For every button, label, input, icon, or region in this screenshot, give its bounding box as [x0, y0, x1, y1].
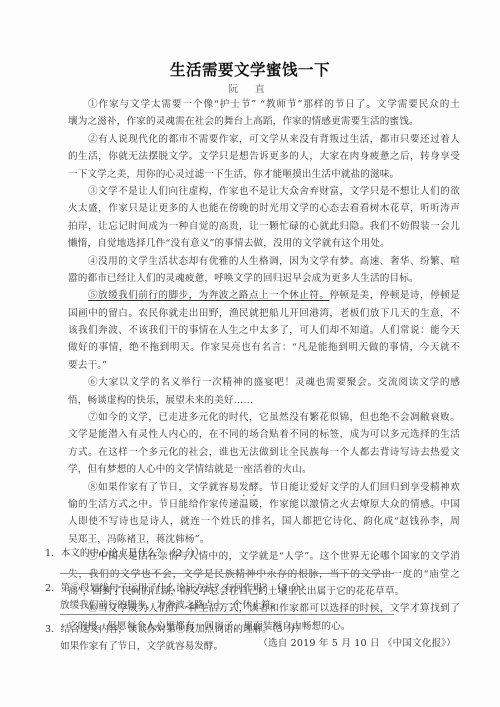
paragraph-8: ⑧如果作家有了节日，文学就容易发酵。节日能让爱好文学的人们回归到享受精神欢 愉的… — [68, 479, 460, 549]
article-title: 生活需要文学蜜饯一下 — [0, 58, 500, 80]
paragraph-4: ④没用的文学生活状态却有优雅的人生格调，因为文学有梦。高速、奢华、纷繁、喧 嚣的… — [68, 253, 460, 288]
text-line: ③文学不是让人们向往虚构，作家也不是让大众舍弃财富，文学只是不想让人们的欲 — [68, 183, 460, 200]
question-3: 3．结合选文内容，谈谈你对第⑧段加点词语的理解。（3 分） — [45, 621, 305, 635]
text-line: ④没用的文学生活状态却有优雅的人生格调，因为文学有梦。高速、奢华、纷繁、喧 — [68, 253, 460, 270]
text-span: ⑧如果作家有了节日，文学就容易 — [88, 482, 239, 493]
text-line: ⑤放缓我们前行的脚步，为奔波之路点上一个休止符。停顿是美，停顿是诗，停顿是 — [68, 287, 460, 304]
text-line: 一下文学之美，用你的心灵过滤一下生活，你才能咂摸出生活中就盐的滋味。 — [68, 166, 460, 183]
paragraph-5: ⑤放缓我们前行的脚步，为奔波之路点上一个休止符。停顿是美，停顿是诗，停顿是 国画… — [68, 287, 460, 374]
text-line: 嚣的都市已经让人们的灵魂疲惫，呼唤文学的回归迟早会成为更多人生活的目标。 — [68, 270, 460, 287]
question-2-quote: 放缓我们前行的脚步，为奔波之路点上一个休止符。 — [60, 597, 281, 611]
text-line: 文学是能潜入有灵性人内心的，在不同的场合贴着不同的标签，成为可以多元选择的生活 — [68, 426, 460, 443]
text-line: 拍岸，让忘记时间成为一种自觉的高贵，让一颗忙碌的心就此归隐。我们不妨假装一会儿 — [68, 218, 460, 235]
text-line: 人即使不写诗也是诗人，就连一个姓氏的排名，国人都把它诗化、韵化成“赵钱孙李，周 — [68, 513, 460, 530]
article-author: 阮 直 — [0, 81, 500, 95]
paragraph-3: ③文学不是让人们向往虚构，作家也不是让大众舍弃财富，文学只是不想让人们的欲 火太… — [68, 183, 460, 253]
text-line: 愉的生活方式之中。节日能给作家传递温暖，作家能以激情之火去燎原大众的情感。中国 — [68, 496, 460, 513]
text-line: ②有人说现代化的都市不需要作家，可文学从来没有背叛过生活，都市只要还过着人 — [68, 131, 460, 148]
text-line: 要去干。” — [68, 357, 460, 374]
underlined-sentence: ⑤放缓我们前行的脚步，为奔波之路点上一个休止符。 — [88, 290, 330, 301]
emphasized-word: 发酵 — [239, 482, 259, 493]
text-line: 火太盛，作家只是让更多的人也能在傍晚的时光用文学的心态去看看树木花草，听听涛声 — [68, 200, 460, 217]
text-span: 停顿是美，停顿是诗，停顿是 — [330, 290, 461, 301]
text-line: ⑦如今的文学，已走进多元化的时代，它虽然没有繁花似锦，但也绝不会凋敝衰败。 — [68, 409, 460, 426]
exam-page: 生活需要文学蜜饯一下 阮 直 ①作家与文学太需要一个像“护士节” “教师节”那样… — [0, 0, 500, 707]
question-3-quote: 如果作家有了节日，文学就容易发酵。 — [60, 638, 223, 652]
answer-line-2[interactable] — [60, 614, 394, 615]
text-line: 做好的事情，绝不拖到明天。作家吴亮也有名言：“凡是能拖到明天做的事情，今天就不 — [68, 339, 460, 356]
article-body: ①作家与文学太需要一个像“护士节” “教师节”那样的节日了。文学需要民众的土 壤… — [68, 96, 460, 653]
text-line: 悟，畅谈虚构的快乐，展望未来的美好…… — [68, 392, 460, 409]
question-2: 2．第⑤段划线句子运用了什么论证方法？有何作用？（3 分） — [45, 580, 310, 594]
text-line: ⑥大家以文学的名义举行一次精神的盛宴吧！灵魂也需要聚会。交流阅读文学的感 — [68, 374, 460, 391]
paragraph-1: ①作家与文学太需要一个像“护士节” “教师节”那样的节日了。文学需要民众的土 壤… — [68, 96, 460, 131]
text-line: 学，但有梦想的人心中的文学情结就是一座活着的火山。 — [68, 461, 460, 478]
text-line: 该我们奔波、不该我们干的事情在人生之中太多了，可人们却不知道。人们常说：能今天 — [68, 322, 460, 339]
text-line: 的生活，你就无法摆脱文学。文学只是想告诉更多的人，大家在肉身疲惫之后，转身享受 — [68, 148, 460, 165]
question-1: 1．本文的中心论点是什么？（2 分） — [45, 545, 204, 559]
text-span: 。节日能让爱好文学的人们回归到享受精神欢 — [259, 482, 460, 493]
text-line: 方式。在这样一个多元化的社会，谁也无法做到让全民族每一个人都去背诗写诗去热爱文 — [68, 444, 460, 461]
paragraph-6: ⑥大家以文学的名义举行一次精神的盛宴吧！灵魂也需要聚会。交流阅读文学的感 悟，畅… — [68, 374, 460, 409]
paragraph-7: ⑦如今的文学，已走进多元化的时代，它虽然没有繁花似锦，但也绝不会凋敝衰败。 文学… — [68, 409, 460, 479]
paragraph-2: ②有人说现代化的都市不需要作家，可文学从来没有背叛过生活，都市只要还过着人 的生… — [68, 131, 460, 183]
text-line: ⑧如果作家有了节日，文学就容易发酵。节日能让爱好文学的人们回归到享受精神欢 — [68, 479, 460, 496]
text-line: ①作家与文学太需要一个像“护士节” “教师节”那样的节日了。文学需要民众的土 — [68, 96, 460, 113]
text-line: 懒惰，自觉地选择几件“没有意义”的事情去做，没用的文学就有这个用处。 — [68, 235, 460, 252]
answer-line-1[interactable] — [60, 573, 394, 574]
text-line: 国画中的留白。农民你就走出田野，渔民就把船儿开回港湾，老板们放下几天的生意，不 — [68, 305, 460, 322]
text-line: 壤为之滋补，作家的灵魂需在社会的舞台上高蹈，作家的情感更需要生活的蜜饯。 — [68, 113, 460, 130]
